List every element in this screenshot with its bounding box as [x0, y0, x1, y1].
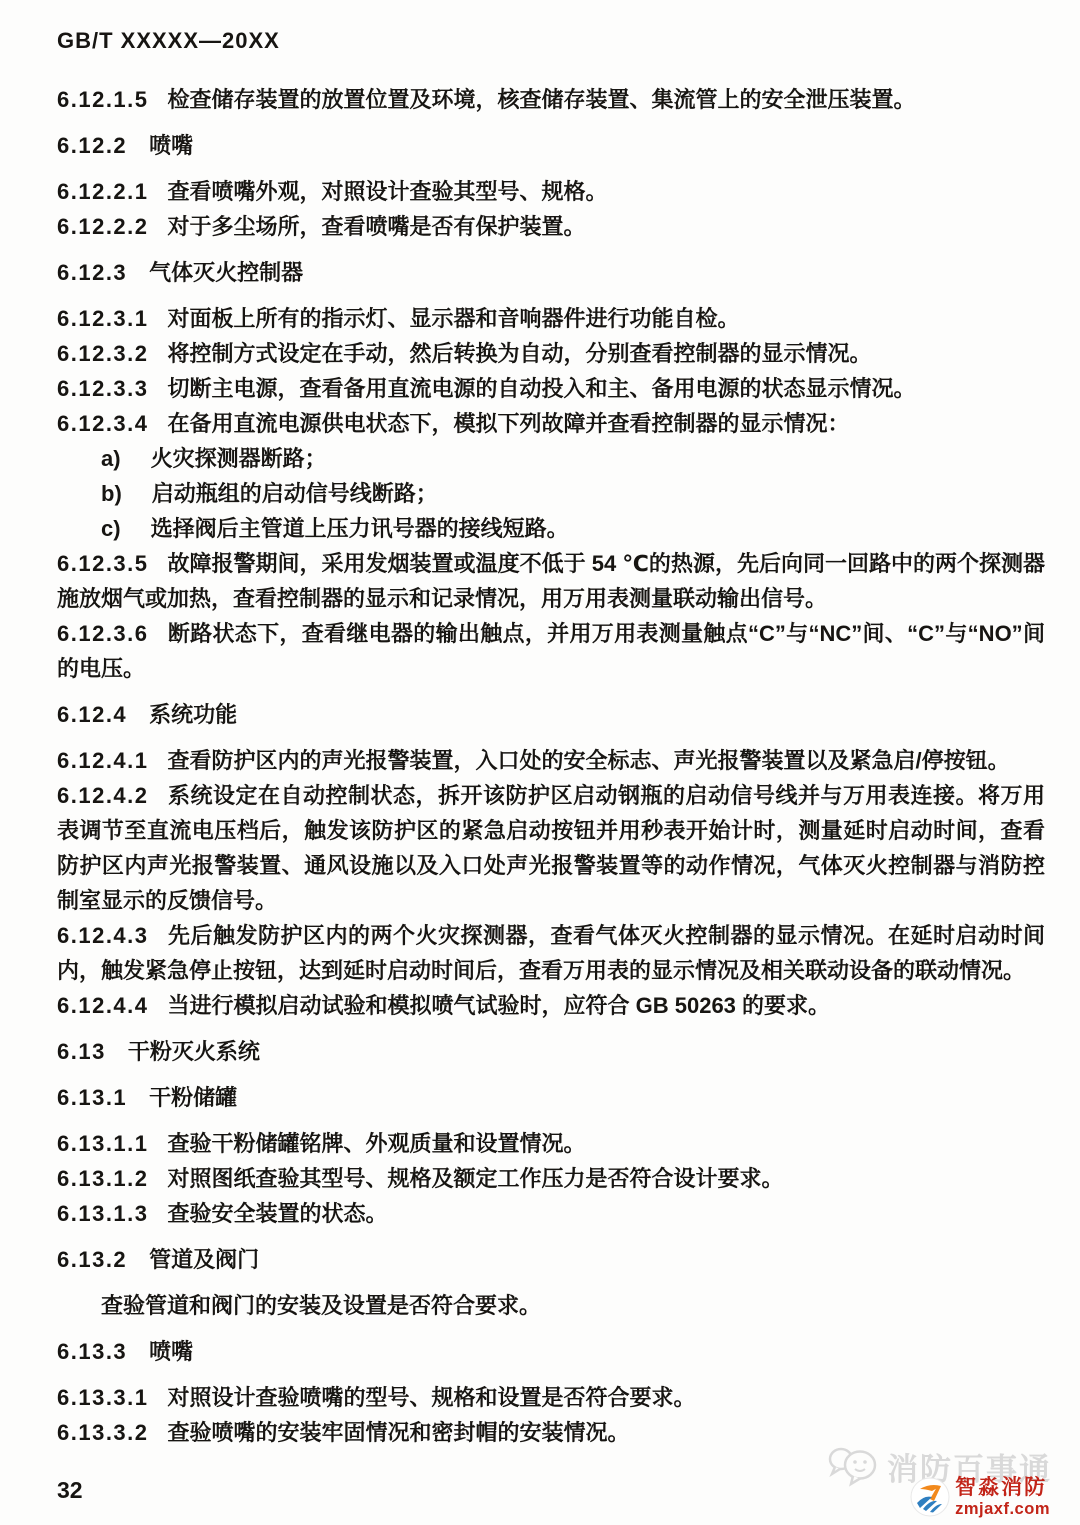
- brand-name: 智淼消防: [955, 1477, 1047, 1498]
- page-number: 32: [57, 1477, 83, 1504]
- clause-number: 6.12.2.1: [57, 179, 149, 204]
- clause-number: 6.13.2: [57, 1247, 127, 1272]
- clause: 6.13.3.1对照设计查验喷嘴的型号、规格和设置是否符合要求。: [57, 1380, 1045, 1415]
- chat-bubbles-icon: [827, 1443, 879, 1489]
- clause: 6.12.2.1查看喷嘴外观，对照设计查验其型号、规格。: [57, 174, 1045, 209]
- clause-number: 6.12.3.5: [57, 551, 149, 576]
- clause-number: 6.12.4.2: [57, 783, 149, 808]
- clause-number: 6.13.1.1: [57, 1131, 149, 1156]
- clause-number: 6.12.3: [57, 260, 127, 285]
- clause-text: 对照设计查验喷嘴的型号、规格和设置是否符合要求。: [168, 1385, 696, 1410]
- clause-text: 当进行模拟启动试验和模拟喷气试验时，应符合 GB 50263 的要求。: [168, 993, 831, 1018]
- clause-text: 在备用直流电源供电状态下，模拟下列故障并查看控制器的显示情况：: [168, 411, 850, 436]
- clause-number: 6.12.4.1: [57, 748, 149, 773]
- document-content: 6.12.1.5检查储存装置的放置位置及环境，核查储存装置、集流管上的安全泄压装…: [57, 82, 1045, 1450]
- list-item: a)火灾探测器断路；: [57, 441, 1045, 476]
- clause-number: 6.12.4.4: [57, 993, 149, 1018]
- clause-number: 6.13.3.1: [57, 1385, 149, 1410]
- clause-text: 查验干粉储罐铭牌、外观质量和设置情况。: [168, 1131, 586, 1156]
- clause-text: 启动瓶组的启动信号线断路；: [152, 481, 438, 506]
- clause-text: 选择阀后主管道上压力讯号器的接线短路。: [151, 516, 569, 541]
- clause: 6.12.4.4当进行模拟启动试验和模拟喷气试验时，应符合 GB 50263 的…: [57, 988, 1045, 1023]
- clause: 6.12.1.5检查储存装置的放置位置及环境，核查储存装置、集流管上的安全泄压装…: [57, 82, 1045, 117]
- clause: 6.12.3.6断路状态下，查看继电器的输出触点，并用万用表测量触点“C”与“N…: [57, 616, 1045, 686]
- list-marker: a): [101, 446, 121, 471]
- clause-number: 6.12.1.5: [57, 87, 149, 112]
- list-marker: b): [101, 481, 122, 506]
- list-item: b)启动瓶组的启动信号线断路；: [57, 476, 1045, 511]
- heading-text: 干粉储罐: [149, 1085, 237, 1110]
- clause-text: 查验管道和阀门的安装及设置是否符合要求。: [101, 1293, 541, 1318]
- clause: 6.12.2.2对于多尘场所，查看喷嘴是否有保护装置。: [57, 209, 1045, 244]
- heading-text: 干粉灭火系统: [128, 1039, 260, 1064]
- clause-number: 6.12.4: [57, 702, 127, 727]
- clause: 6.12.3.4在备用直流电源供电状态下，模拟下列故障并查看控制器的显示情况：: [57, 406, 1045, 441]
- clause-text: 对于多尘场所，查看喷嘴是否有保护装置。: [168, 214, 586, 239]
- clause-number: 6.13.1: [57, 1085, 127, 1110]
- heading-text: 气体灭火控制器: [149, 260, 303, 285]
- section-heading: 6.12.2喷嘴: [57, 128, 1045, 163]
- list-item: c)选择阀后主管道上压力讯号器的接线短路。: [57, 511, 1045, 546]
- clause: 6.12.3.3切断主电源，查看备用直流电源的自动投入和主、备用电源的状态显示情…: [57, 371, 1045, 406]
- clause-number: 6.13.1.2: [57, 1166, 149, 1191]
- heading-text: 系统功能: [149, 702, 237, 727]
- clause: 6.12.3.1对面板上所有的指示灯、显示器和音响器件进行功能自检。: [57, 301, 1045, 336]
- clause-text: 切断主电源，查看备用直流电源的自动投入和主、备用电源的状态显示情况。: [168, 376, 916, 401]
- clause-text: 将控制方式设定在手动，然后转换为自动，分别查看控制器的显示情况。: [168, 341, 872, 366]
- section-heading: 6.12.4系统功能: [57, 697, 1045, 732]
- clause-number: 6.12.2.2: [57, 214, 149, 239]
- clause-number: 6.12.3.2: [57, 341, 149, 366]
- clause: 6.12.3.5故障报警期间，采用发烟装置或温度不低于 54 ℃的热源，先后向同…: [57, 546, 1045, 616]
- clause-number: 6.12.3.6: [57, 621, 149, 646]
- clause-number: 6.12.2: [57, 133, 127, 158]
- brand-badge: 智淼消防 zmjaxf.com: [910, 1477, 1050, 1518]
- clause: 6.12.4.3先后触发防护区内的两个火灾探测器，查看气体灭火控制器的显示情况。…: [57, 918, 1045, 988]
- zhimiao-logo-icon: [910, 1477, 950, 1517]
- clause-number: 6.12.4.3: [57, 923, 149, 948]
- clause-text: 查验喷嘴的安装牢固情况和密封帽的安装情况。: [168, 1420, 630, 1445]
- clause: 6.13.1.1查验干粉储罐铭牌、外观质量和设置情况。: [57, 1126, 1045, 1161]
- clause-text: 断路状态下，查看继电器的输出触点，并用万用表测量触点“C”与“NC”间、“C”与…: [57, 621, 1045, 681]
- body-paragraph: 查验管道和阀门的安装及设置是否符合要求。: [57, 1288, 1045, 1323]
- clause: 6.12.4.1查看防护区内的声光报警装置，入口处的安全标志、声光报警装置以及紧…: [57, 743, 1045, 778]
- heading-text: 喷嘴: [149, 1339, 193, 1364]
- heading-text: 喷嘴: [149, 133, 193, 158]
- clause-number: 6.12.3.1: [57, 306, 149, 331]
- clause-text: 对照图纸查验其型号、规格及额定工作压力是否符合设计要求。: [168, 1166, 784, 1191]
- clause-text: 查看喷嘴外观，对照设计查验其型号、规格。: [168, 179, 608, 204]
- clause-number: 6.13: [57, 1039, 106, 1064]
- clause-number: 6.13.1.3: [57, 1201, 149, 1226]
- heading-text: 管道及阀门: [149, 1247, 259, 1272]
- list-marker: c): [101, 516, 121, 541]
- clause: 6.12.4.2系统设定在自动控制状态，拆开该防护区启动钢瓶的启动信号线并与万用…: [57, 778, 1045, 918]
- clause-text: 故障报警期间，采用发烟装置或温度不低于 54 ℃的热源，先后向同一回路中的两个探…: [57, 551, 1045, 611]
- section-heading: 6.13.1干粉储罐: [57, 1080, 1045, 1115]
- clause-number: 6.12.3.3: [57, 376, 149, 401]
- clause-text: 先后触发防护区内的两个火灾探测器，查看气体灭火控制器的显示情况。在延时启动时间内…: [57, 923, 1045, 983]
- clause-text: 对面板上所有的指示灯、显示器和音响器件进行功能自检。: [168, 306, 740, 331]
- clause-text: 检查储存装置的放置位置及环境，核查储存装置、集流管上的安全泄压装置。: [168, 87, 916, 112]
- standard-code-header: GB/T XXXXX—20XX: [57, 28, 280, 54]
- clause-number: 6.12.3.4: [57, 411, 149, 436]
- section-heading: 6.13.3喷嘴: [57, 1334, 1045, 1369]
- brand-site: zmjaxf.com: [955, 1501, 1050, 1518]
- clause-number: 6.13.3.2: [57, 1420, 149, 1445]
- clause: 6.13.1.3查验安全装置的状态。: [57, 1196, 1045, 1231]
- clause-text: 查验安全装置的状态。: [168, 1201, 388, 1226]
- clause: 6.13.1.2对照图纸查验其型号、规格及额定工作压力是否符合设计要求。: [57, 1161, 1045, 1196]
- clause: 6.12.3.2将控制方式设定在手动，然后转换为自动，分别查看控制器的显示情况。: [57, 336, 1045, 371]
- clause-text: 系统设定在自动控制状态，拆开该防护区启动钢瓶的启动信号线并与万用表连接。将万用表…: [57, 783, 1045, 913]
- section-heading: 6.13干粉灭火系统: [57, 1034, 1045, 1069]
- clause-text: 查看防护区内的声光报警装置，入口处的安全标志、声光报警装置以及紧急启/停按钮。: [168, 748, 1010, 773]
- clause-text: 火灾探测器断路；: [151, 446, 327, 471]
- section-heading: 6.13.2管道及阀门: [57, 1242, 1045, 1277]
- section-heading: 6.12.3气体灭火控制器: [57, 255, 1045, 290]
- clause-number: 6.13.3: [57, 1339, 127, 1364]
- brand-texts: 智淼消防 zmjaxf.com: [955, 1477, 1050, 1518]
